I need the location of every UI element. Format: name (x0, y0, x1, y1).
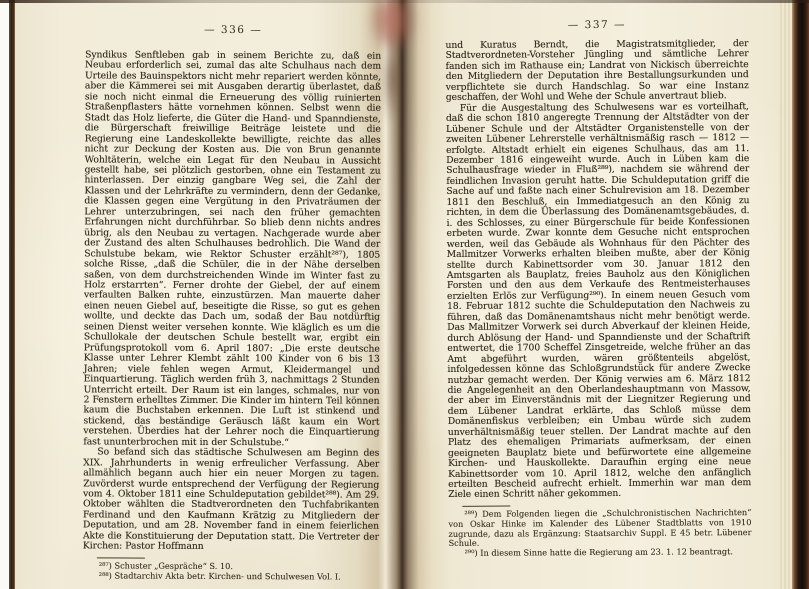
page-left: — 336 — Syndikus Senftleben gab in seine… (83, 23, 381, 582)
paragraph: Für die Ausgestaltung des Schulwesens wa… (446, 102, 751, 501)
footnote: ²⁸⁸) Stadtarchiv Akta betr. Kirchen- und… (83, 571, 379, 582)
photo-edge-top (0, 0, 809, 3)
body-text-right: und Kuratus Berndt, die Magistratsmitgli… (445, 39, 751, 501)
footnote: ²⁸⁹) Dem Folgenden liegen die „Schulchro… (448, 508, 751, 549)
paragraph: und Kuratus Berndt, die Magistratsmitgli… (445, 39, 748, 104)
book-cover-edge-right (792, 0, 809, 589)
page-number-right: — 337 — (445, 18, 748, 32)
photo-margin-left (0, 0, 9, 589)
page-stack-edges (778, 0, 792, 589)
book-scan-photo: — 336 — Syndikus Senftleben gab in seine… (0, 0, 809, 589)
footnotes-right: ²⁸⁹) Dem Folgenden liegen die „Schulchro… (448, 508, 751, 559)
footnote-rule-right (462, 505, 510, 506)
page-number-left: — 336 — (85, 23, 381, 36)
paragraph: Syndikus Senftleben gab in seinem Berich… (83, 50, 381, 449)
footnote: ²⁹⁰) In diesem Sinne hatte die Regierung… (449, 547, 752, 559)
book-cover-edge-left (9, 0, 15, 589)
footnote-rule-left (97, 557, 145, 558)
footnotes-left: ²⁸⁷) Schuster „Gespräche“ S. 10. ²⁸⁸) St… (83, 561, 379, 582)
body-text-left: Syndikus Senftleben gab in seinem Berich… (83, 50, 381, 553)
paragraph: So befand sich das städtische Schulwesen… (83, 448, 379, 554)
page-right: — 337 — und Kuratus Berndt, die Magistra… (445, 18, 751, 559)
